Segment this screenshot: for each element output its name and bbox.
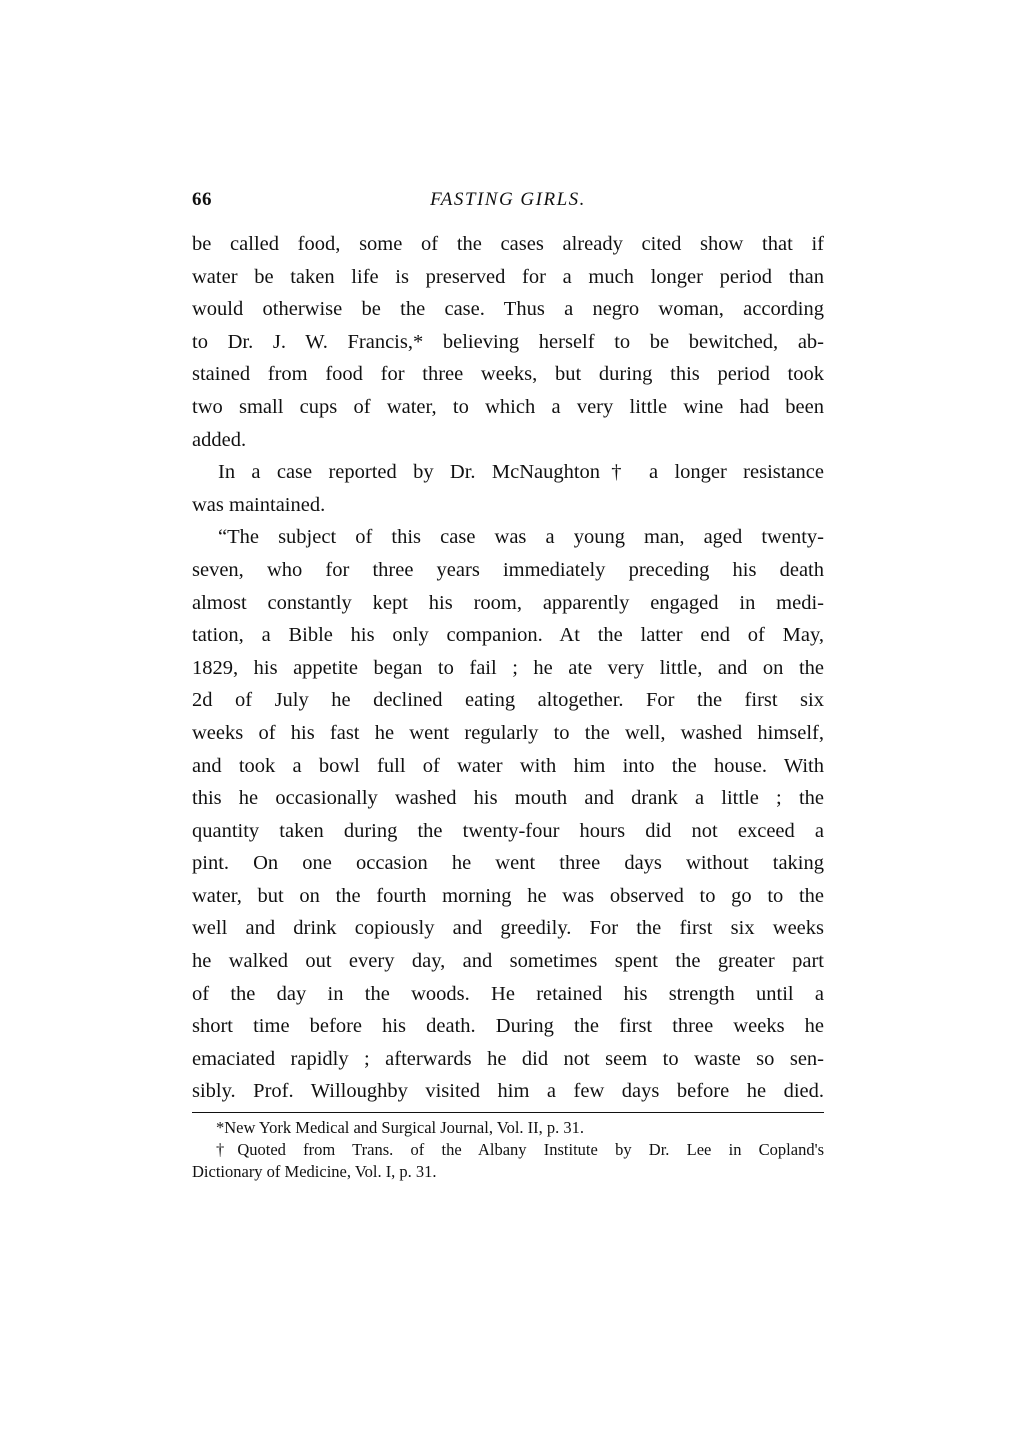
text-line: to Dr. J. W. Francis,* believing herself… bbox=[192, 326, 824, 359]
text-line: tation, a Bible his only companion. At t… bbox=[192, 619, 824, 652]
text-line: emaciated rapidly ; afterwards he did no… bbox=[192, 1043, 824, 1076]
footnotes: *New York Medical and Surgical Journal, … bbox=[192, 1117, 824, 1183]
text-line: be called food, some of the cases alread… bbox=[192, 228, 824, 261]
text-line: seven, who for three years immediately p… bbox=[192, 554, 824, 587]
footnote-line: Dictionary of Medicine, Vol. I, p. 31. bbox=[192, 1161, 824, 1183]
running-head: 66 FASTING GIRLS. bbox=[192, 186, 824, 214]
paragraph-quotation: “The subject of this case was a young ma… bbox=[192, 521, 824, 1108]
text-line: this he occasionally washed his mouth an… bbox=[192, 782, 824, 815]
text-line: he walked out every day, and sometimes s… bbox=[192, 945, 824, 978]
text-line: water be taken life is preserved for a m… bbox=[192, 261, 824, 294]
text-line: almost constantly kept his room, apparen… bbox=[192, 587, 824, 620]
text-line: In a case reported by Dr. McNaughton† a … bbox=[192, 456, 824, 489]
text-line: stained from food for three weeks, but d… bbox=[192, 358, 824, 391]
text-line: quantity taken during the twenty-four ho… bbox=[192, 815, 824, 848]
footnote-asterisk: *New York Medical and Surgical Journal, … bbox=[192, 1117, 824, 1139]
text-line: two small cups of water, to which a very… bbox=[192, 391, 824, 424]
text-line: sibly. Prof. Willoughby visited him a fe… bbox=[192, 1075, 824, 1108]
text-line: 2d of July he declined eating altogether… bbox=[192, 684, 824, 717]
footnote-line: †Quoted from Trans. of the Albany Instit… bbox=[192, 1139, 824, 1161]
text-line: would otherwise be the case. Thus a negr… bbox=[192, 293, 824, 326]
text-line: 1829, his appetite began to fail ; he at… bbox=[192, 652, 824, 685]
text-line: pint. On one occasion he went three days… bbox=[192, 847, 824, 880]
footnote-dagger: †Quoted from Trans. of the Albany Instit… bbox=[192, 1139, 824, 1183]
text-line: was maintained. bbox=[192, 489, 824, 522]
footnote-divider bbox=[192, 1112, 824, 1113]
book-page: 66 FASTING GIRLS. be called food, some o… bbox=[192, 186, 824, 1183]
text-line: “The subject of this case was a young ma… bbox=[192, 521, 824, 554]
text-line: added. bbox=[192, 424, 824, 457]
footnote-line: *New York Medical and Surgical Journal, … bbox=[192, 1117, 824, 1139]
text-line: of the day in the woods. He retained his… bbox=[192, 978, 824, 1011]
text-line: short time before his death. During the … bbox=[192, 1010, 824, 1043]
text-line: well and drink copiously and greedily. F… bbox=[192, 912, 824, 945]
text-line: weeks of his fast he went regularly to t… bbox=[192, 717, 824, 750]
text-line: and took a bowl full of water with him i… bbox=[192, 750, 824, 783]
paragraph-continuation: be called food, some of the cases alread… bbox=[192, 228, 824, 456]
running-title: FASTING GIRLS. bbox=[192, 186, 824, 214]
paragraph-mcnaughton: In a case reported by Dr. McNaughton† a … bbox=[192, 456, 824, 521]
body-text: be called food, some of the cases alread… bbox=[192, 228, 824, 1108]
text-line: water, but on the fourth morning he was … bbox=[192, 880, 824, 913]
